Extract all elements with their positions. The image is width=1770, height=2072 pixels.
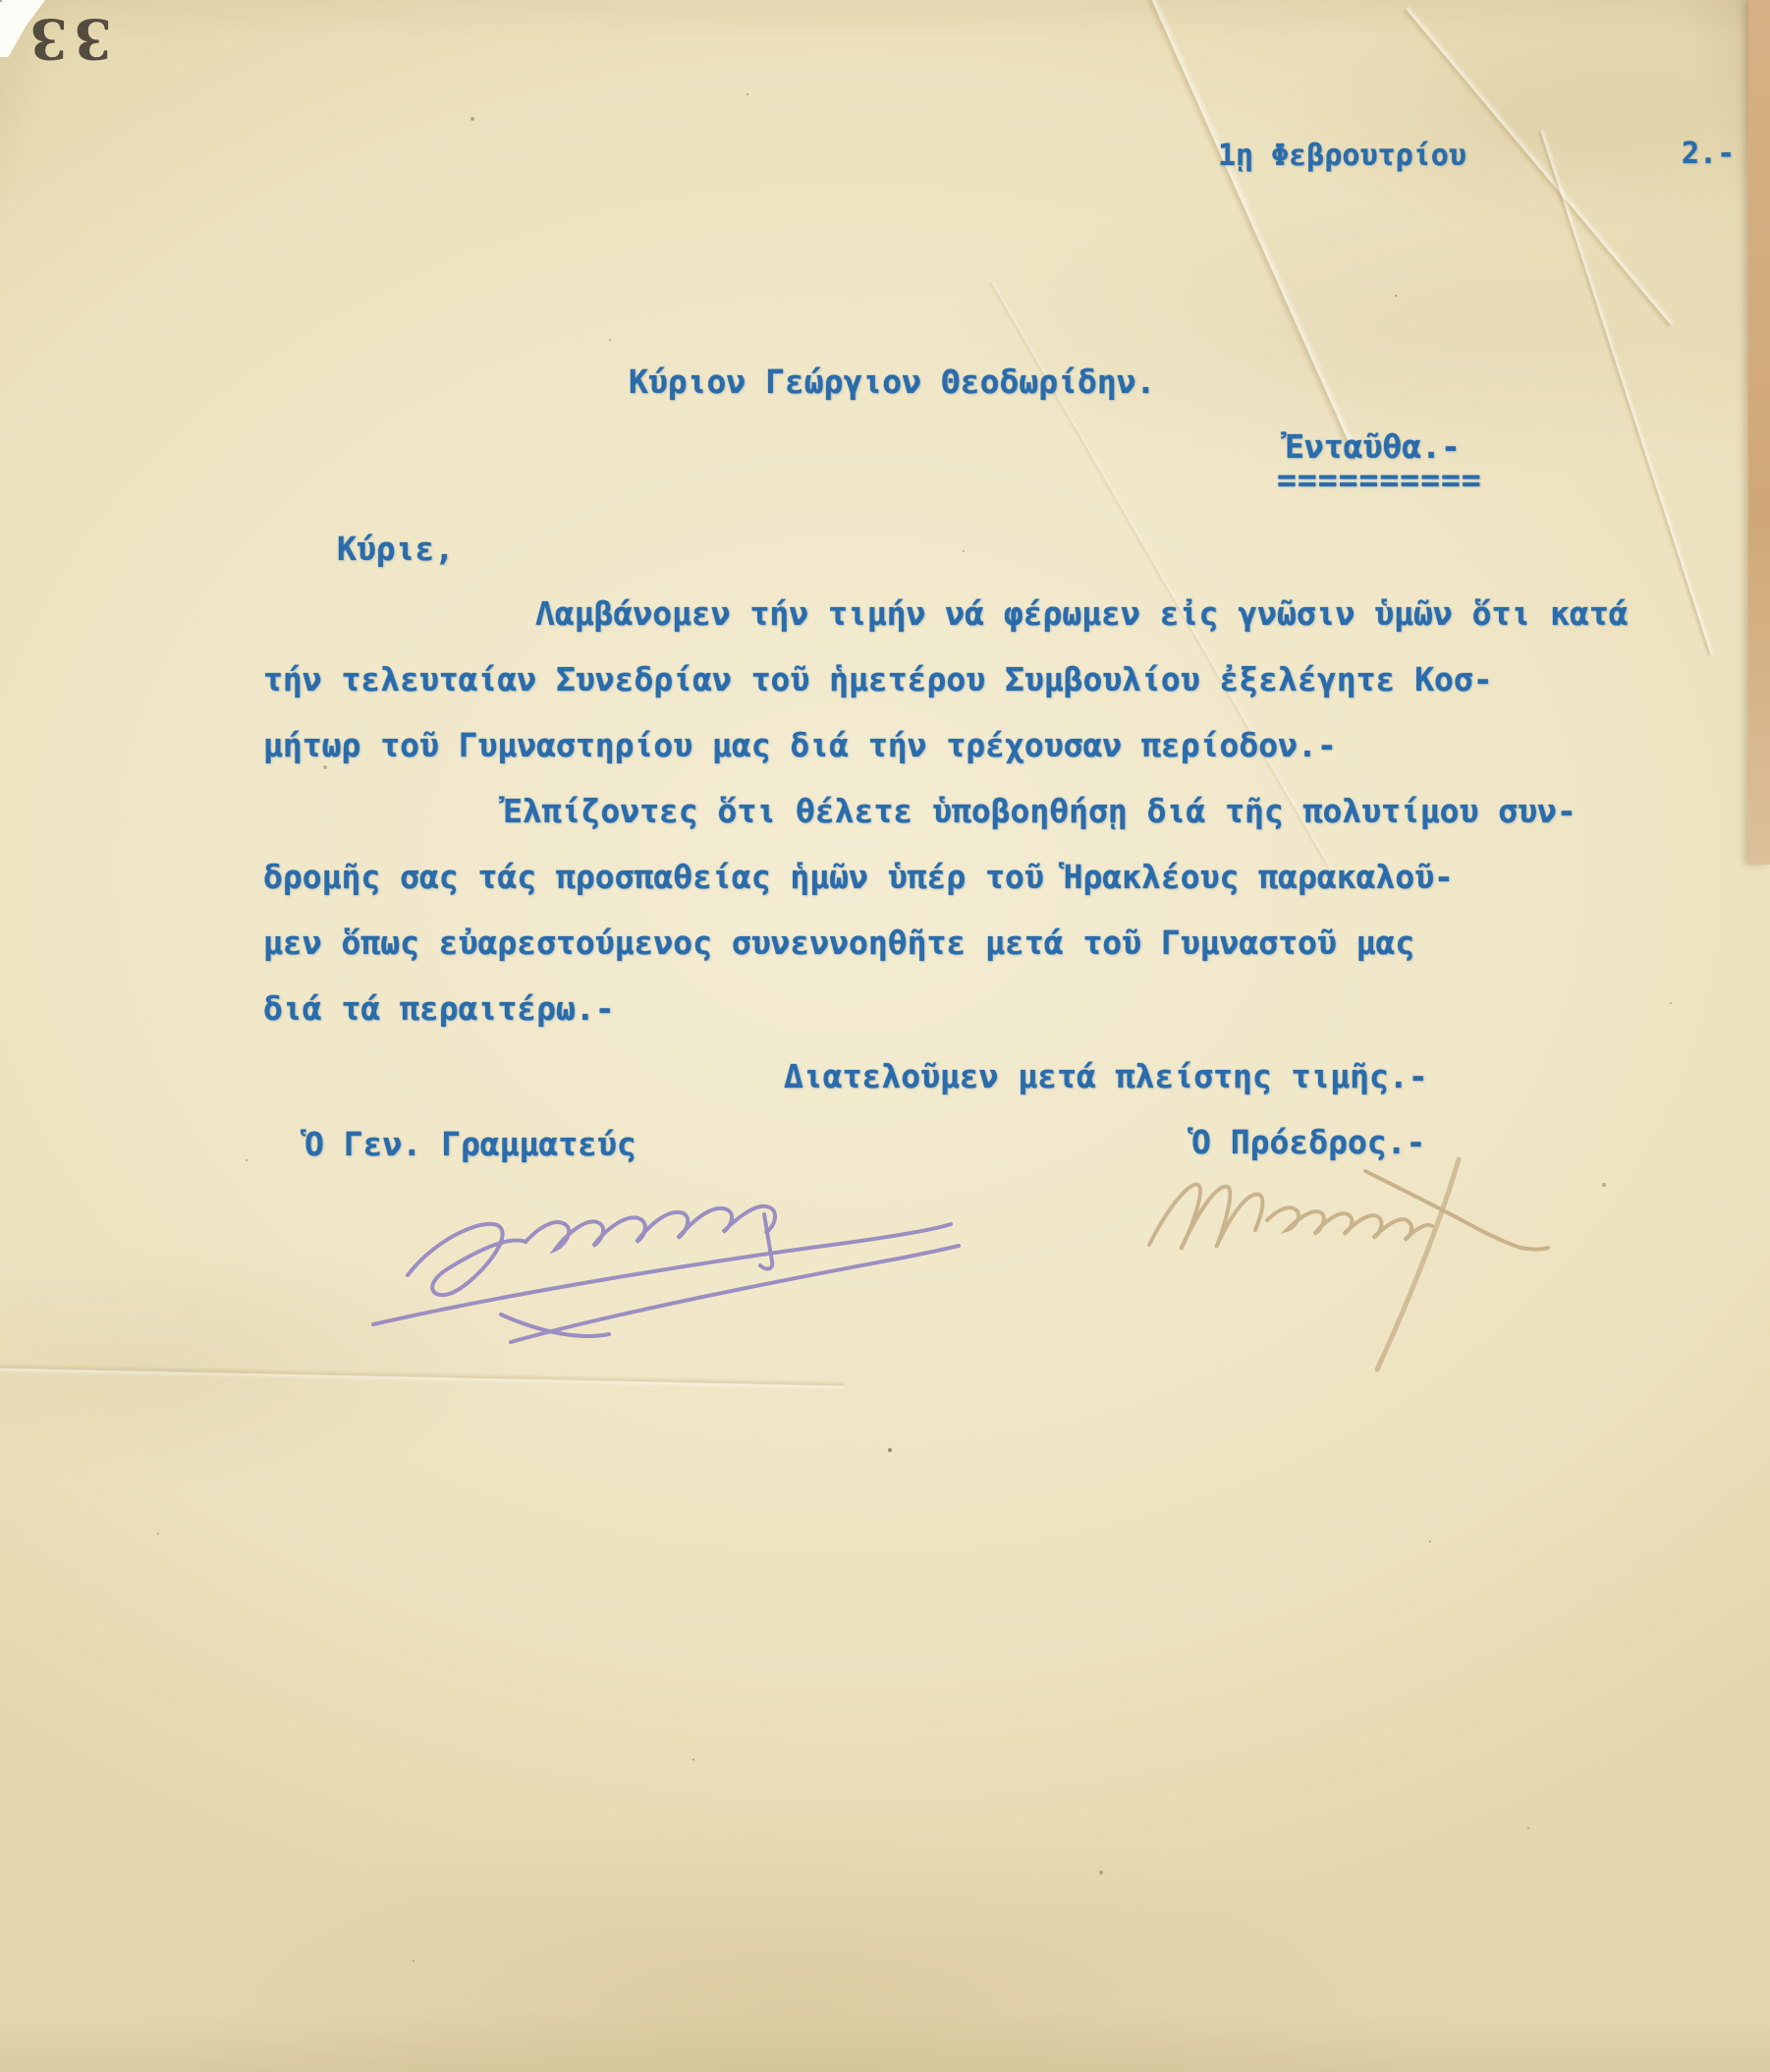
body-line: μεν ὅπως εὐαρεστούμενος συνεννοηθῆτε μετ…: [263, 924, 1599, 989]
body-line: μήτωρ τοῦ Γυμναστηρίου μας διά τήν τρέχο…: [263, 726, 1599, 792]
salutation: Κύριε,: [337, 531, 454, 568]
body-line: Ἐλπίζοντες ὅτι θέλετε ὑποβοηθήσῃ διά τῆς…: [263, 792, 1599, 858]
paper-speckles: [0, 0, 2, 2]
letter-body: Λαμβάνομεν τήν τιμήν νά φέρωμεν εἰς γνῶσ…: [263, 594, 1599, 1055]
paper-crease: [1142, 0, 1362, 462]
scan-edge-strip: [1748, 0, 1770, 865]
page-number-stamp: 33: [24, 6, 112, 71]
paper-crease: [0, 1363, 845, 1391]
body-line: τήν τελευταίαν Συνεδρίαν τοῦ ἡμετέρου Συ…: [263, 660, 1599, 726]
paper-crease: [1536, 130, 1716, 656]
location-underline: ==========: [1277, 462, 1482, 499]
president-signature: [1120, 1151, 1552, 1392]
body-line: διά τά περαιτέρω.-: [263, 989, 1599, 1055]
secretary-signature: [354, 1167, 963, 1349]
secretary-title: Ὁ Γεν. Γραμματεύς: [304, 1126, 636, 1163]
body-line: Λαμβάνομεν τήν τιμήν νά φέρωμεν εἰς γνῶσ…: [263, 594, 1599, 660]
recipient-line: Κύριον Γεώργιον Θεοδωρίδην.: [629, 364, 1155, 401]
body-line: δρομῆς σας τάς προσπαθείας ἡμῶν ὑπέρ τοῦ…: [263, 858, 1599, 924]
scanned-letter-page: 33 1ῃ Φεβρουτρίου 2.- Κύριον Γεώργιον Θε…: [0, 0, 1770, 2072]
date-number: 2.-: [1682, 138, 1735, 172]
closing-line: Διατελοῦμεν μετά πλείστης τιμῆς.-: [784, 1058, 1428, 1095]
date-text: 1ῃ Φεβρουτρίου: [1218, 140, 1466, 174]
